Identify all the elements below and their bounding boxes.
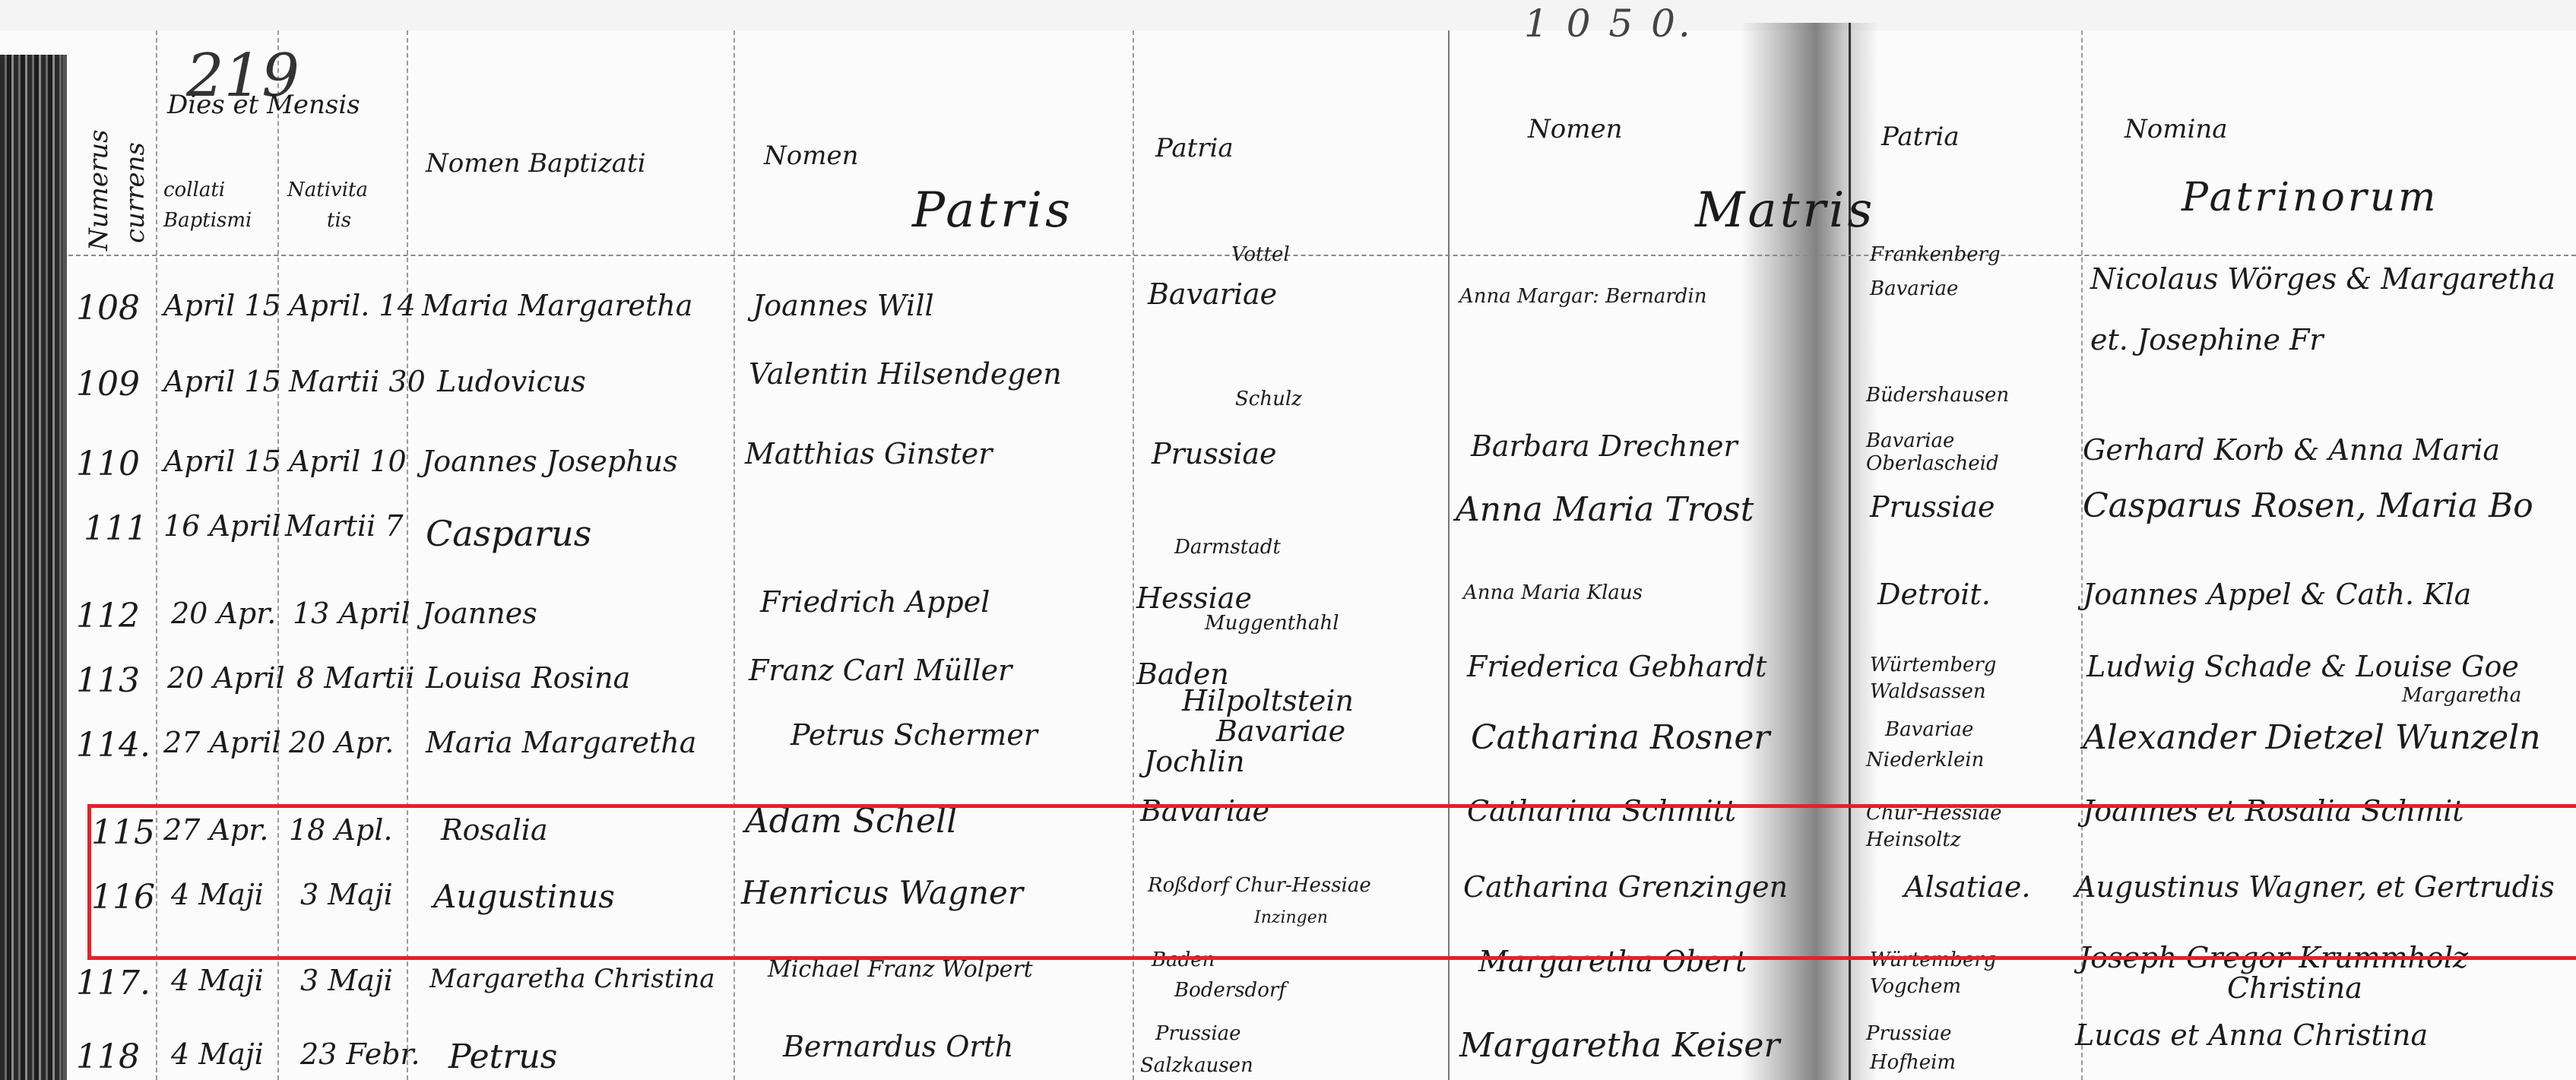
gutter-rule <box>1849 23 1851 1080</box>
register-page: 219 1 0 5 0. Numerus currens Dies et Men… <box>0 0 2576 1080</box>
baptism-date: April 15 <box>163 445 281 478</box>
mother-origin: Würtemberg <box>1870 949 1996 971</box>
birth-date: April 10 <box>289 445 407 478</box>
birth-date: 18 Apl. <box>289 813 392 847</box>
mother-origin: Bavariae <box>1885 718 1973 741</box>
mother-origin: Chur-Hessiae <box>1866 802 2002 825</box>
father-name: Bernardus Orth <box>783 1030 1013 1063</box>
header-nomen-baptizati: Nomen Baptizati <box>426 148 646 179</box>
child-name: Casparus <box>426 513 591 554</box>
child-name: Margaretha Christina <box>429 964 715 994</box>
header-rule <box>68 255 2576 258</box>
baptism-date: 16 April <box>163 509 281 543</box>
mother-origin-town: Niederklein <box>1866 749 1984 771</box>
father-name: Franz Carl Müller <box>749 654 1012 687</box>
header-tis: tis <box>327 209 351 232</box>
birth-date: 8 Martii <box>296 661 415 695</box>
entry-number: 108 <box>76 289 140 328</box>
father-origin-town: Jochlin <box>1144 745 1245 778</box>
baptism-date: 4 Maji <box>171 1037 264 1071</box>
mother-origin: Prussiae <box>1870 490 1995 524</box>
father-origin-town: Inzingen <box>1254 908 1328 927</box>
godparents-line2: Christina <box>2227 971 2362 1005</box>
father-origin-town: Muggenthahl <box>1205 612 1339 635</box>
birth-date: Martii 30 <box>289 365 426 398</box>
page-fragment: 1 0 5 0. <box>1524 2 1694 46</box>
father-origin: Prussiae <box>1155 1022 1241 1045</box>
birth-date: April. 14 <box>289 289 416 322</box>
mother-origin: Bavariae <box>1866 429 1954 452</box>
father-origin-town: Bodersdorf <box>1174 979 1286 1002</box>
entry-number: 113 <box>76 661 140 700</box>
godparents: Lucas et Anna Christina <box>2075 1018 2428 1052</box>
father-name: Matthias Ginster <box>745 437 992 470</box>
mother-name: Catharina Schmitt <box>1467 794 1736 828</box>
header-nomina: Nomina <box>2124 114 2228 144</box>
father-origin: Prussiae <box>1152 437 1277 470</box>
father-name: Valentin Hilsendegen <box>749 357 1062 391</box>
mother-origin-town: Vogchem <box>1870 975 1961 998</box>
child-name: Petrus <box>448 1037 557 1076</box>
mother-name: Anna Maria Klaus <box>1463 581 1643 604</box>
child-name: Maria Margaretha <box>426 726 696 759</box>
column-rule <box>734 30 737 1080</box>
father-origin: Bavariae <box>1140 794 1269 828</box>
baptism-date: April 15 <box>163 289 281 322</box>
header-patris: Patris <box>912 182 1073 239</box>
father-name: Michael Franz Wolpert <box>768 956 1033 983</box>
header-matris: Matris <box>1695 182 1875 239</box>
mother-origin: Detroit. <box>1877 578 1991 611</box>
godparents: Joseph Gregor Krummholz <box>2079 941 2468 974</box>
entry-number: 116 <box>91 878 155 917</box>
mother-origin-town: Frankenberg <box>1870 243 2001 266</box>
father-origin: Hessiae <box>1136 581 1252 615</box>
birth-date: 3 Maji <box>300 878 393 911</box>
baptism-date: 20 April <box>167 661 285 695</box>
father-origin: Bavariae <box>1148 277 1277 311</box>
mother-name: Catharina Grenzingen <box>1463 870 1788 904</box>
father-origin-town: Schulz <box>1235 388 1302 410</box>
birth-date: 20 Apr. <box>289 726 394 759</box>
entry-number: 109 <box>76 365 140 404</box>
mother-origin: Prussiae <box>1866 1022 1952 1045</box>
father-origin: Baden <box>1152 949 1215 971</box>
father-name: Petrus Schermer <box>791 718 1038 752</box>
baptism-date: 4 Maji <box>171 964 264 997</box>
godparents-line2: Margaretha <box>2402 684 2521 707</box>
baptism-date: 27 Apr. <box>163 813 268 847</box>
birth-date: 13 April <box>293 597 410 630</box>
birth-date: 3 Maji <box>300 964 393 997</box>
header-nomen-matris: Nomen <box>1528 114 1622 144</box>
father-origin-town: Salzkausen <box>1140 1054 1253 1077</box>
father-name: Friedrich Appel <box>760 585 990 619</box>
godparents: Gerhard Korb & Anna Maria <box>2083 433 2500 467</box>
entry-number: 117. <box>76 964 151 1002</box>
child-name: Louisa Rosina <box>426 661 630 695</box>
child-name: Maria Margaretha <box>422 289 692 322</box>
father-name: Joannes Will <box>753 289 934 322</box>
mother-name: Catharina Rosner <box>1471 718 1770 757</box>
godparents-line2: et. Josephine Fr <box>2090 323 2324 356</box>
entry-number: 111 <box>84 509 147 548</box>
column-rule <box>277 30 280 1080</box>
godparents: Nicolaus Wörges & Margaretha <box>2090 262 2555 296</box>
mother-origin-town: Heinsoltz <box>1866 828 1961 851</box>
birth-date: 23 Febr. <box>300 1037 420 1071</box>
godparents: Joannes Appel & Cath. Kla <box>2083 578 2471 611</box>
child-name: Rosalia <box>441 813 548 847</box>
baptism-date: 4 Maji <box>171 878 264 911</box>
header-dies-mensis: Dies et Mensis <box>167 90 360 120</box>
godparents: Casparus Rosen, Maria Bo <box>2083 486 2533 525</box>
header-patrinorum: Patrinorum <box>2182 175 2439 220</box>
header-numerus: Numerus <box>84 129 114 251</box>
mother-origin-town: Hofheim <box>1870 1051 1956 1074</box>
mother-origin: Alsatiae. <box>1904 870 2030 904</box>
entry-number: 112 <box>76 597 140 635</box>
godparents: Joannes et Rosalia Schmit <box>2083 794 2464 828</box>
header-collati: collati <box>163 179 225 201</box>
mother-name: Anna Margar: Bernardin <box>1459 285 1706 308</box>
baptism-date: 27 April <box>163 726 281 759</box>
mother-name: Friederica Gebhardt <box>1467 650 1766 683</box>
mother-name: Margaretha Obert <box>1478 945 1747 978</box>
entry-number: 114. <box>76 726 151 765</box>
child-name: Joannes <box>422 597 537 630</box>
mother-origin-town: Oberlascheid <box>1866 452 1999 475</box>
mother-name: Margaretha Keiser <box>1459 1026 1779 1065</box>
father-origin-town: Hilpoltstein <box>1182 684 1354 717</box>
mother-origin-town: Büdershausen <box>1866 384 2009 407</box>
mother-origin: Würtemberg <box>1870 654 1996 676</box>
entry-number: 110 <box>76 445 140 483</box>
godparents: Alexander Dietzel Wunzeln <box>2083 718 2541 757</box>
mother-name: Barbara Drechner <box>1471 429 1738 463</box>
column-rule <box>2081 30 2084 1080</box>
column-rule <box>407 30 410 1080</box>
father-name: Henricus Wagner <box>741 874 1023 911</box>
header-patria-matris: Patria <box>1881 122 1960 152</box>
entry-number: 115 <box>91 813 155 852</box>
header-baptismi: Baptismi <box>163 209 252 232</box>
header-patria-patris: Patria <box>1155 133 1234 163</box>
page-gutter-shadow <box>1741 23 1877 1080</box>
birth-date: Martii 7 <box>285 509 404 543</box>
child-name: Ludovicus <box>437 365 586 398</box>
baptism-date: 20 Apr. <box>171 597 276 630</box>
binding-edge <box>62 55 67 1080</box>
child-name: Augustinus <box>433 878 615 915</box>
mother-origin: Bavariae <box>1870 277 1958 300</box>
father-name: Adam Schell <box>745 802 957 841</box>
scan-top-margin <box>0 0 2576 30</box>
header-nativita: Nativita <box>287 179 368 201</box>
column-rule <box>156 30 159 1080</box>
father-origin-town: Darmstadt <box>1174 536 1281 559</box>
godparents: Ludwig Schade & Louise Goe <box>2086 650 2519 683</box>
book-binding <box>0 55 62 1080</box>
column-rule <box>1133 30 1136 1080</box>
father-origin-town: Vottel <box>1231 243 1290 266</box>
godparents: Augustinus Wagner, et Gertrudis <box>2075 870 2555 904</box>
header-currens: currens <box>120 142 151 243</box>
mother-origin-town: Waldsassen <box>1870 680 1986 703</box>
mother-name: Anna Maria Trost <box>1456 490 1754 529</box>
child-name: Joannes Josephus <box>422 445 678 478</box>
father-origin: Roßdorf Chur-Hessiae <box>1148 874 1371 897</box>
father-origin: Bavariae <box>1216 714 1345 748</box>
header-nomen-patris: Nomen <box>764 141 858 171</box>
entry-number: 118 <box>76 1037 140 1076</box>
column-rule <box>1448 30 1451 1080</box>
baptism-date: April 15 <box>163 365 281 398</box>
